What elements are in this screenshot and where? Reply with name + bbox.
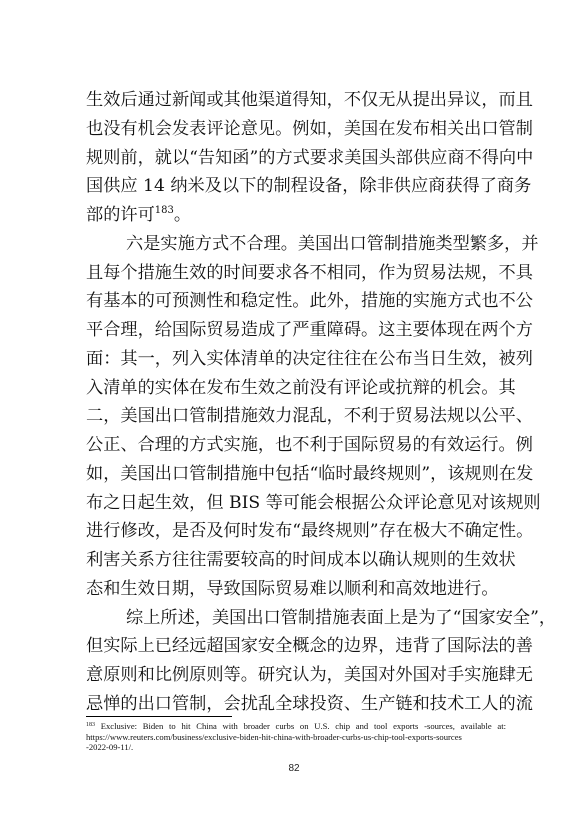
text-line: 六是实施方式不合理。美国出口管制措施类型繁多，并 (86, 230, 506, 259)
text-line: 面：其一，列入实体清单的决定往往在公布当日生效，被列 (86, 345, 506, 374)
text-line: 态和生效日期，导致国际贸易难以顺利和高效地进行。 (86, 575, 506, 604)
text-fragment: 部的许可 (86, 205, 155, 225)
text-line: 国供应 14 纳米及以下的制程设备，除非供应商获得了商务 (86, 172, 506, 201)
body-text: 生效后通过新闻或其他渠道得知，不仅无从提出异议，而且 也没有机会发表评论意见。例… (86, 86, 506, 719)
footnote-url[interactable]: https://www.reuters.com/business/exclusi… (86, 732, 506, 743)
text-line: 利害关系方往往需要较高的时间成本以确认规则的生效状 (86, 546, 506, 575)
text-line: 综上所述，美国出口管制措施表面上是为了“国家安全”， (86, 604, 506, 633)
footnote-url-continued[interactable]: -2022-09-11/. (86, 742, 506, 753)
footnote-number: 183 (86, 722, 95, 728)
text-line: 平合理，给国际贸易造成了严重障碍。这主要体现在两个方 (86, 316, 506, 345)
text-line: 二，美国出口管制措施效力混乱，不利于贸易法规以公平、 (86, 402, 506, 431)
text-line: 生效后通过新闻或其他渠道得知，不仅无从提出异议，而且 (86, 86, 506, 115)
footnote-separator (86, 716, 232, 717)
text-line: 规则前，就以“告知函”的方式要求美国头部供应商不得向中 (86, 144, 506, 173)
text-line: 且每个措施生效的时间要求各不相同，作为贸易法规，不具 (86, 259, 506, 288)
footnote: 183 Exclusive: Biden to hit China with b… (86, 721, 506, 753)
text-line: 入清单的实体在发布生效之前没有评论或抗辩的机会。其 (86, 374, 506, 403)
text-line: 意原则和比例原则等。研究认为，美国对外国对手实施肆无 (86, 661, 506, 690)
text-line: 部的许可183。 (86, 201, 506, 230)
footnote-text: Exclusive: Biden to hit China with broad… (95, 721, 506, 731)
text-line: 但实际上已经远超国家安全概念的边界，违背了国际法的善 (86, 632, 506, 661)
footnote-reference[interactable]: 183 (155, 205, 174, 216)
page-number: 82 (0, 763, 588, 774)
footnote-line: 183 Exclusive: Biden to hit China with b… (86, 721, 506, 732)
text-line: 布之日起生效，但 BIS 等可能会根据公众评论意见对该规则 (86, 489, 506, 518)
text-line: 有基本的可预测性和稳定性。此外，措施的实施方式也不公 (86, 287, 506, 316)
document-page: 生效后通过新闻或其他渠道得知，不仅无从提出异议，而且 也没有机会发表评论意见。例… (0, 0, 588, 830)
text-line: 如，美国出口管制措施中包括“临时最终规则”，该规则在发 (86, 460, 506, 489)
text-line: 进行修改，是否及何时发布“最终规则”存在极大不确定性。 (86, 517, 506, 546)
text-line: 忌惮的出口管制，会扰乱全球投资、生产链和技术工人的流 (86, 690, 506, 719)
text-line: 公正、合理的方式实施，也不利于国际贸易的有效运行。例 (86, 431, 506, 460)
text-line: 也没有机会发表评论意见。例如，美国在发布相关出口管制 (86, 115, 506, 144)
text-fragment: 。 (174, 205, 191, 225)
